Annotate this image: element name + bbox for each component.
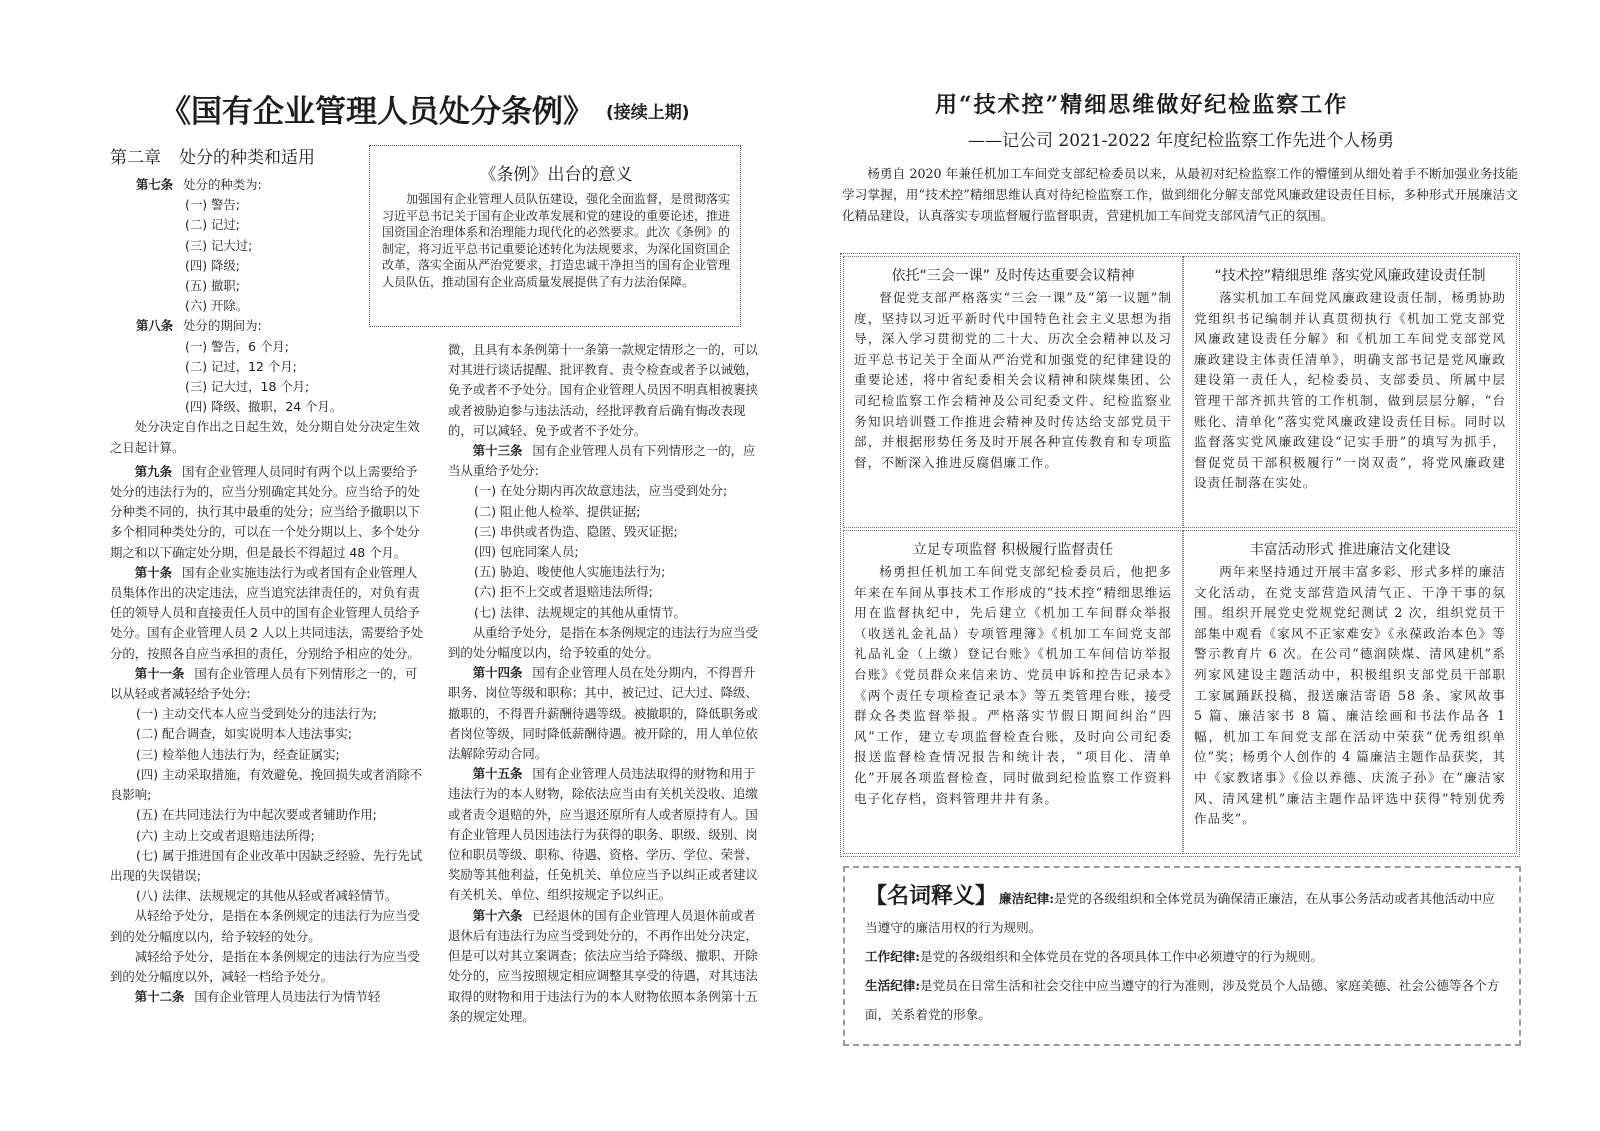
section-title: “技术控”精细思维 落实党风廉政建设责任制: [1194, 265, 1506, 285]
article-title: 用“技术控”精细思维做好纪检监察工作: [935, 88, 1348, 119]
article-label: 第九条: [135, 464, 172, 479]
glossary-entry: 生活纪律:是党员在日常生活和社会交往中应当遵守的行为准则，涉及党员个人品德、家庭…: [865, 971, 1505, 1029]
list-item: (五) 在共同违法行为中起次要或者辅助作用;: [110, 805, 428, 825]
section-responsibility: “技术控”精细思维 落实党风廉政建设责任制 落实机加工车间党风廉政建设责任制，杨…: [1183, 256, 1517, 528]
glossary-box: 【名词释义】廉洁纪律:是党的各级组织和全体党员为确保清正廉洁，在从事公务活动或者…: [843, 866, 1521, 1046]
article-10: 第十条国有企业实施违法行为或者国有企业管理人员集体作出的决定违法，应当追究法律责…: [110, 563, 428, 664]
article-label: 第十条: [135, 565, 172, 580]
article-13: 第十三条国有企业管理人员有下列情形之一的，应当从重给予处分:: [448, 441, 766, 481]
regulation-title-text: 《国有企业管理人员处分条例》: [160, 94, 594, 130]
article-15: 第十五条国有企业管理人员违法取得的财物和用于违法行为的本人财物，除依法应当由有关…: [448, 764, 766, 905]
section-text: 两年来坚持通过开展丰富多彩、形式多样的廉洁文化活动，在党支部营造风清气正、干净干…: [1194, 562, 1506, 830]
list-item: (四) 降级、撤职，24 个月。: [110, 397, 428, 417]
article-9: 第九条国有企业管理人员同时有两个以上需要给予处分的违法行为的，应当分别确定其处分…: [110, 462, 428, 563]
left-column-2: 微，且具有本条例第十一条第一款规定情形之一的，可以对其进行谈话提醒、批评教育、责…: [448, 340, 766, 1027]
article-label: 第十一条: [135, 666, 185, 681]
article-11: 第十一条国有企业管理人员有下列情形之一的，可以从轻或者减轻给予处分:: [110, 664, 428, 704]
section-title: 立足专项监督 积极履行监督责任: [854, 539, 1172, 559]
list-item: (一) 在处分期内再次故意违法，应当受到处分;: [448, 481, 766, 501]
left-column-1: 第七条处分的种类为: (一) 警告; (二) 记过; (三) 记大过; (四) …: [110, 175, 428, 1007]
article-12: 第十二条国有企业管理人员违法行为情节轻: [110, 987, 428, 1007]
section-text: 落实机加工车间党风廉政建设责任制，杨勇协助党组织书记编制并认真贯彻执行《机加工党…: [1194, 288, 1506, 494]
article-label: 第十五条: [473, 766, 523, 781]
glossary-entry: 工作纪律:是党的各级组织和全体党员在党的各项具体工作中必须遵守的行为规则。: [865, 942, 1505, 971]
list-item: (六) 主动上交或者退赔违法所得;: [110, 826, 428, 846]
chapter-name: 处分的种类和适用: [179, 148, 315, 168]
glossary-entry: 【名词释义】廉洁纪律:是党的各级组织和全体党员为确保清正廉洁，在从事公务活动或者…: [865, 882, 1505, 942]
list-item: (三) 记大过;: [110, 236, 428, 256]
list-item: (六) 开除。: [110, 296, 428, 316]
continued-note: (接续上期): [606, 103, 690, 123]
significance-text: 加强国有企业管理人员队伍建设，强化全面监督，是贯彻落实习近平总书记关于国有企业改…: [382, 191, 730, 291]
regulation-title: 《国有企业管理人员处分条例》(接续上期): [160, 86, 780, 131]
article-8: 第八条处分的期间为:: [110, 316, 428, 336]
article-note: 从重给予处分，是指在本条例规定的违法行为应当受到的处分幅度以内，给予较重的处分。: [448, 623, 766, 663]
article-note: 减轻给予处分，是指在本条例规定的违法行为应当受到的处分幅度以外，减轻一档给予处分…: [110, 947, 428, 987]
article-label: 第十六条: [473, 908, 523, 923]
list-item: (三) 串供或者伪造、隐匿、毁灭证据;: [448, 522, 766, 542]
section-title: 依托“三会一课” 及时传达重要会议精神: [854, 265, 1172, 285]
list-item: (四) 降级;: [110, 256, 428, 276]
section-text: 督促党支部严格落实“三会一课”及“第一议题”制度，坚持以习近平新时代中国特色社会…: [854, 288, 1172, 473]
list-item: (一) 主动交代本人应当受到处分的违法行为;: [110, 704, 428, 724]
list-item: (三) 记大过，18 个月;: [110, 377, 428, 397]
list-item: (二) 配合调查，如实说明本人违法事实;: [110, 724, 428, 744]
article-7: 第七条处分的种类为:: [110, 175, 428, 195]
list-item: (四) 主动采取措施，有效避免、挽回损失或者消除不良影响;: [110, 765, 428, 805]
article-text: 国有企业管理人员违法取得的财物和用于违法行为的本人财物，除依法应当由有关机关没收…: [448, 766, 758, 902]
article-16: 第十六条已经退休的国有企业管理人员退休前或者退休后有违法行为应当受到处分的，不再…: [448, 906, 766, 1027]
chapter-number: 第二章: [110, 148, 161, 168]
article-label: 第十二条: [135, 989, 185, 1004]
glossary-definition: 是党的各级组织和全体党员在党的各项具体工作中必须遵守的行为规则。: [920, 949, 1323, 964]
list-item: (二) 记过，12 个月;: [110, 357, 428, 377]
section-supervision: 立足专项监督 积极履行监督责任 杨勇担任机加工车间党支部纪检委员后，他把多年来在…: [843, 530, 1183, 854]
article-14: 第十四条国有企业管理人员在处分期内，不得晋升职务、岗位等级和职称；其中，被记过、…: [448, 663, 766, 764]
article-text: 国有企业管理人员违法行为情节轻: [194, 989, 380, 1004]
list-item: (八) 法律、法规规定的其他从轻或者减轻情节。: [110, 886, 428, 906]
article-label: 第八条: [136, 318, 173, 333]
article-subtitle: ——记公司 2021-2022 年度纪检监察工作先进个人杨勇: [968, 126, 1394, 151]
significance-title: 《条例》出台的意义: [382, 160, 730, 185]
glossary-heading: 【名词释义】: [865, 883, 997, 909]
section-text: 杨勇担任机加工车间党支部纪检委员后，他把多年来在车间从事技术工作形成的“技术控”…: [854, 562, 1172, 809]
article-label: 第十四条: [473, 665, 523, 680]
glossary-term: 工作纪律:: [865, 949, 920, 964]
article-text: 已经退休的国有企业管理人员退休前或者退休后有违法行为应当受到处分的，不再作出处分…: [448, 908, 758, 1024]
list-item: (四) 包庇同案人员;: [448, 542, 766, 562]
list-item: (二) 阻止他人检举、提供证据;: [448, 502, 766, 522]
article-note: 从轻给予处分，是指在本条例规定的违法行为应当受到的处分幅度以内，给予较轻的处分。: [110, 906, 428, 946]
glossary-term: 廉洁纪律:: [999, 891, 1054, 906]
list-item: (七) 属于推进国有企业改革中因缺乏经验、先行先试出现的失误错误;: [110, 846, 428, 886]
article-label: 第七条: [136, 177, 173, 192]
list-item: (六) 拒不上交或者退赔违法所得;: [448, 582, 766, 602]
glossary-definition: 是党员在日常生活和社会交往中应当遵守的行为准则，涉及党员个人品德、家庭美德、社会…: [865, 978, 1499, 1022]
article-intro: 杨勇自 2020 年兼任机加工车间党支部纪检委员以来，从最初对纪检监察工作的懵懂…: [842, 163, 1518, 226]
list-item: (二) 记过;: [110, 215, 428, 235]
glossary-term: 生活纪律:: [865, 978, 920, 993]
list-item: (五) 撤职;: [110, 276, 428, 296]
section-title: 丰富活动形式 推进廉洁文化建设: [1194, 539, 1506, 559]
article-text: 处分的种类为:: [183, 177, 262, 192]
chapter-heading: 第二章处分的种类和适用: [110, 143, 315, 168]
section-meetings: 依托“三会一课” 及时传达重要会议精神 督促党支部严格落实“三会一课”及“第一议…: [843, 256, 1183, 528]
article-12-continued: 微，且具有本条例第十一条第一款规定情形之一的，可以对其进行谈话提醒、批评教育、责…: [448, 340, 766, 441]
list-item: (一) 警告;: [110, 195, 428, 215]
list-item: (一) 警告，6 个月;: [110, 337, 428, 357]
article-label: 第十三条: [473, 443, 523, 458]
list-item: (五) 胁迫、唆使他人实施违法行为;: [448, 562, 766, 582]
list-item: (三) 检举他人违法行为，经查证属实;: [110, 745, 428, 765]
section-culture: 丰富活动形式 推进廉洁文化建设 两年来坚持通过开展丰富多彩、形式多样的廉洁文化活…: [1183, 530, 1517, 854]
list-item: (七) 法律、法规规定的其他从重情节。: [448, 603, 766, 623]
left-page: 《国有企业管理人员处分条例》(接续上期) 第二章处分的种类和适用 《条例》出台的…: [0, 0, 800, 1131]
article-text: 处分的期间为:: [183, 318, 262, 333]
sections-grid: 依托“三会一课” 及时传达重要会议精神 督促党支部严格落实“三会一课”及“第一议…: [840, 253, 1520, 857]
article-note: 处分决定自作出之日起生效，处分期自处分决定生效之日起计算。: [110, 417, 428, 457]
